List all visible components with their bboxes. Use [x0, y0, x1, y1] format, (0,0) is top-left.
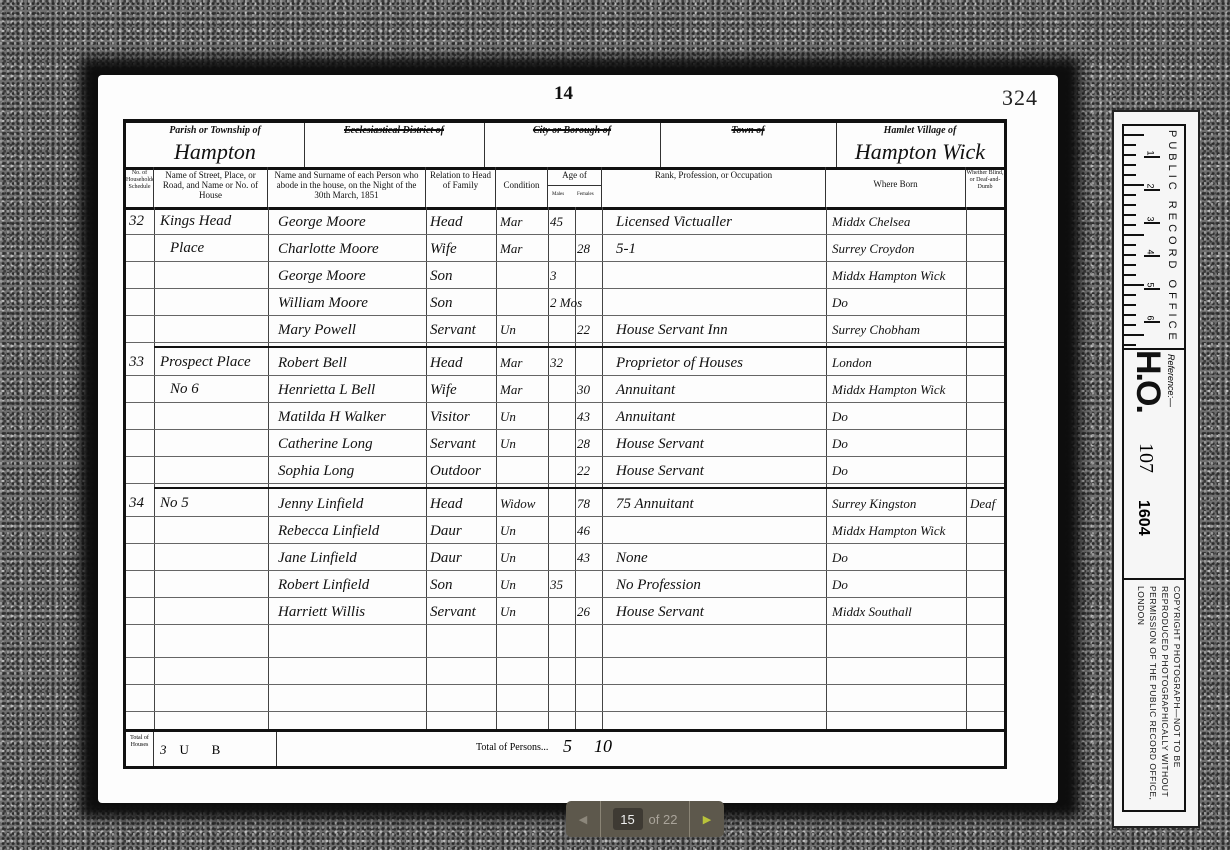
person-name: William Moore — [278, 295, 368, 312]
person-name: Rebecca Linfield — [278, 523, 379, 540]
age-male: 35 — [550, 577, 563, 593]
age-header: Age of Males Females — [548, 167, 602, 207]
relation: Wife — [430, 241, 457, 258]
occupation: House Servant — [616, 463, 704, 480]
age-female: 30 — [577, 382, 590, 398]
relation: Servant — [430, 436, 476, 453]
person-name: George Moore — [278, 214, 366, 231]
occupation: Licensed Victualler — [616, 214, 732, 231]
person-name: Sophia Long — [278, 463, 354, 480]
age-female: 28 — [577, 436, 590, 452]
occupation: 5-1 — [616, 241, 636, 258]
birthplace: Middx Hampton Wick — [832, 382, 945, 398]
ecclesiastical-cell: Ecclesiastical District of — [304, 123, 485, 167]
relation: Head — [430, 214, 463, 231]
address-line: Kings Head — [160, 213, 231, 230]
houses-tally: 3 U B — [160, 742, 220, 758]
record-office-card: PUBLIC RECORD OFFICE 123456 Reference:— … — [1112, 110, 1200, 828]
occupation: Annuitant — [616, 382, 675, 399]
birthplace: Do — [832, 577, 848, 593]
person-name: Matilda H Walker — [278, 409, 386, 426]
person-name: Robert Linfield — [278, 577, 369, 594]
occupation: Proprietor of Houses — [616, 355, 743, 372]
birthplace: Surrey Kingston — [832, 496, 916, 512]
ruler-mark: 3 — [1146, 216, 1156, 221]
condition: Un — [500, 436, 516, 452]
village-value: Hampton Wick — [836, 139, 1004, 165]
page-navigator: ◀ of 22 ▶ — [566, 801, 724, 837]
village-cell: Hamlet Village of Hampton Wick — [836, 123, 1004, 167]
age-female: 22 — [577, 463, 590, 479]
person-name: Catherine Long — [278, 436, 373, 453]
age-male: 2 Mos — [550, 295, 582, 311]
person-name: Jane Linfield — [278, 550, 357, 567]
age-female: 43 — [577, 409, 590, 425]
parish-value: Hampton — [126, 139, 304, 165]
form-header: Parish or Township of Hampton Ecclesiast… — [126, 123, 1004, 170]
age-female: 28 — [577, 241, 590, 257]
city-cell: City or Borough of — [484, 123, 661, 167]
condition: Mar — [500, 241, 522, 257]
census-page-image: 14 324 Parish or Township of Hampton Ecc… — [98, 75, 1058, 803]
ruler-mark: 4 — [1146, 249, 1156, 254]
person-name: Charlotte Moore — [278, 241, 379, 258]
page-number-input[interactable] — [613, 808, 643, 830]
relation: Servant — [430, 322, 476, 339]
birthplace: Middx Chelsea — [832, 214, 910, 230]
ruler-mark: 1 — [1146, 150, 1156, 155]
condition: Un — [500, 604, 516, 620]
age-female: 43 — [577, 550, 590, 566]
column-headers: No. of Householder's Schedule Name of St… — [126, 167, 1004, 210]
next-page-button[interactable]: ▶ — [689, 801, 724, 837]
birthplace: Do — [832, 409, 848, 425]
birthplace: Do — [832, 295, 848, 311]
condition: Widow — [500, 496, 535, 512]
relation: Daur — [430, 550, 462, 567]
relation: Head — [430, 355, 463, 372]
address-line: Place — [170, 240, 204, 257]
age-male: 45 — [550, 214, 563, 230]
condition: Un — [500, 523, 516, 539]
schedule-number: 33 — [129, 354, 144, 371]
relation: Son — [430, 268, 453, 285]
condition: Un — [500, 577, 516, 593]
age-male: 3 — [550, 268, 557, 284]
condition: Un — [500, 409, 516, 425]
age-female: 26 — [577, 604, 590, 620]
person-name: Henrietta L Bell — [278, 382, 375, 399]
relation: Daur — [430, 523, 462, 540]
reference-box: Reference:— H.O. 107 1604 — [1124, 348, 1184, 580]
relation: Servant — [430, 604, 476, 621]
address-line: Prospect Place — [160, 354, 251, 371]
age-female: 22 — [577, 322, 590, 338]
ruler-mark: 5 — [1146, 282, 1156, 287]
age-female: 78 — [577, 496, 590, 512]
occupation: Annuitant — [616, 409, 675, 426]
relation: Son — [430, 295, 453, 312]
condition: Mar — [500, 382, 522, 398]
birthplace: Do — [832, 436, 848, 452]
parish-cell: Parish or Township of Hampton — [126, 123, 305, 167]
birthplace: Middx Southall — [832, 604, 912, 620]
relation: Wife — [430, 382, 457, 399]
address-line: No 5 — [160, 495, 189, 512]
birthplace: Middx Hampton Wick — [832, 523, 945, 539]
relation: Head — [430, 496, 463, 513]
folio-number: 324 — [1002, 85, 1038, 111]
schedule-number: 32 — [129, 213, 144, 230]
relation: Outdoor — [430, 463, 481, 480]
chevron-left-icon: ◀ — [579, 813, 587, 826]
age-female: 46 — [577, 523, 590, 539]
age-male: 32 — [550, 355, 563, 371]
occupation: 75 Annuitant — [616, 496, 694, 513]
page-total-label: of 22 — [649, 812, 678, 827]
occupation: None — [616, 550, 648, 567]
person-name: George Moore — [278, 268, 366, 285]
person-name: Robert Bell — [278, 355, 347, 372]
address-line: No 6 — [170, 381, 199, 398]
person-name: Jenny Linfield — [278, 496, 363, 513]
form-footer: Total of Houses 3 U B Total of Persons..… — [126, 729, 1004, 766]
birthplace: Surrey Croydon — [832, 241, 914, 257]
census-form: Parish or Township of Hampton Ecclesiast… — [123, 119, 1007, 769]
occupation: House Servant — [616, 604, 704, 621]
disability: Deaf — [970, 496, 995, 512]
copyright-notice: COPYRIGHT PHOTOGRAPH—NOT TO BE REPRODUCE… — [1127, 586, 1183, 810]
occupation: House Servant Inn — [616, 322, 728, 339]
previous-page-button[interactable]: ◀ — [566, 801, 601, 837]
total-males: 5 — [563, 736, 572, 757]
condition: Un — [500, 322, 516, 338]
schedule-number: 34 — [129, 495, 144, 512]
chevron-right-icon: ▶ — [703, 813, 711, 826]
ruler-mark: 6 — [1146, 315, 1156, 320]
condition: Un — [500, 550, 516, 566]
person-name: Mary Powell — [278, 322, 356, 339]
birthplace: Middx Hampton Wick — [832, 268, 945, 284]
town-cell: Town of — [660, 123, 837, 167]
page-number: 14 — [554, 83, 573, 105]
occupation: House Servant — [616, 436, 704, 453]
occupation: No Profession — [616, 577, 701, 594]
person-name: Harriett Willis — [278, 604, 365, 621]
condition: Mar — [500, 214, 522, 230]
relation: Visitor — [430, 409, 470, 426]
ruler-mark: 2 — [1146, 183, 1156, 188]
total-females: 10 — [594, 736, 612, 757]
birthplace: Do — [832, 550, 848, 566]
relation: Son — [430, 577, 453, 594]
condition: Mar — [500, 355, 522, 371]
birthplace: Surrey Chobham — [832, 322, 920, 338]
measurement-ruler: PUBLIC RECORD OFFICE 123456 — [1124, 126, 1184, 350]
birthplace: Do — [832, 463, 848, 479]
birthplace: London — [832, 355, 872, 371]
